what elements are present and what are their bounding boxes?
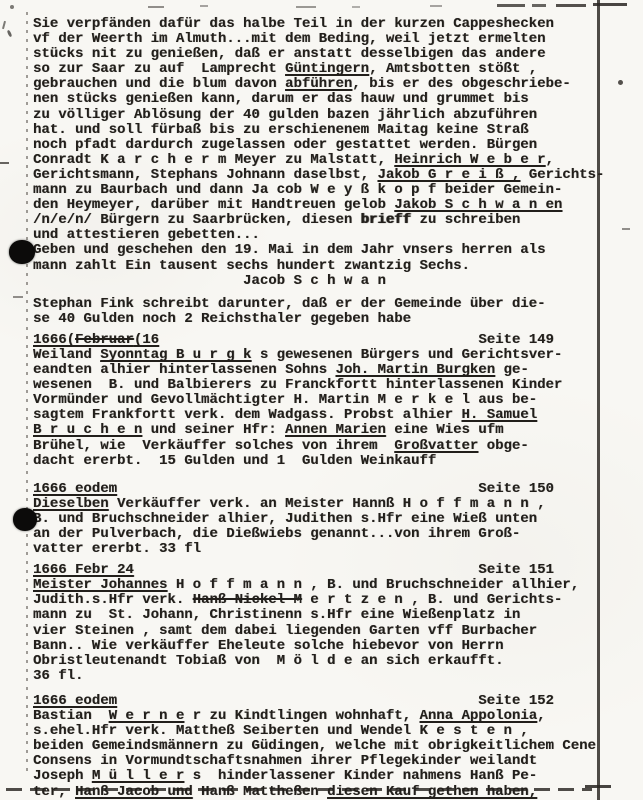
hole-punch-mark xyxy=(13,508,37,531)
text-segment-marked: W e r n e xyxy=(109,708,185,724)
text-run: , bis er des obgeschriebe- xyxy=(352,76,570,92)
text-run: gebrauchen und die blum davon xyxy=(33,76,285,92)
text-line: Obristleutenandt Tobiaß von M ö l d e an… xyxy=(33,654,643,669)
scan-artifact-mark xyxy=(497,4,525,7)
text-line: ter, Hanß Jacob und Hanß Mattheßen diese… xyxy=(33,785,643,800)
text-run: Bastian xyxy=(33,708,109,724)
text-run: , xyxy=(546,152,554,168)
text-run: obge- xyxy=(478,438,528,454)
text-line: Joseph M ü l l e r s hinderlassener Kind… xyxy=(33,769,643,784)
text-run: Consens in Vormundtschaftsnahmen ihrer P… xyxy=(33,753,537,769)
text-run: Verkäuffer verk. an Meister Hannß H o f … xyxy=(109,496,546,512)
text-run: sagtem Frankfortt verk. dem Wadgass. Pro… xyxy=(33,407,461,423)
text-segment-marked: 1666 eodem xyxy=(33,481,117,497)
text-line: den Heymeyer, darüber mit Handtreuen gel… xyxy=(33,198,643,213)
text-line: Bann.. Wie verkäuffer Eheleute solche hi… xyxy=(33,639,643,654)
text-run: Seite 151 xyxy=(478,562,554,578)
text-segment-marked: Großvatter xyxy=(394,438,478,454)
text-run: Sie verpfänden dafür das halbe Teil in d… xyxy=(33,16,554,32)
entry-heading-seite-150: 1666 eodem Seite 150 xyxy=(33,482,643,497)
text-line: vf der Weerth im Almuth...mit dem Beding… xyxy=(33,32,643,47)
text-segment-marked: Dieselben xyxy=(33,496,109,512)
scan-artifact-mark xyxy=(0,162,9,164)
text-line: hat. und soll fürbaß bis zu erschienenem… xyxy=(33,123,643,138)
text-segment-marked: 1666 eodem xyxy=(33,693,117,709)
text-line: Dieselben Verkäuffer verk. an Meister Ha… xyxy=(33,497,643,512)
scan-artifact-mark xyxy=(556,4,586,7)
text-segment-marked: Jakob G r e i ß , xyxy=(377,167,520,183)
scan-artifact-mark xyxy=(622,228,630,230)
text-segment-marked: abführen xyxy=(285,76,352,92)
text-run: dacht ererbt. 15 Gulden und 1 Gulden Wei… xyxy=(33,453,436,469)
hole-punch-mark xyxy=(9,240,35,264)
text-run: ge- xyxy=(495,362,529,378)
scan-artifact-mark xyxy=(593,3,627,6)
text-run: zu völliger Ablösung der 40 gulden bazen… xyxy=(33,107,537,123)
text-segment-marked: 1666 Febr 24 xyxy=(33,562,134,578)
text-line: 36 fl. xyxy=(33,669,643,684)
text-run: r zu Kindtlingen wohnhaft, xyxy=(184,708,419,724)
text-run: an der Pulverbach, die Dießwiebs genannt… xyxy=(33,526,520,542)
text-line: zu völliger Ablösung der 40 gulden bazen… xyxy=(33,108,643,123)
text-segment-marked: M ü l l e r xyxy=(92,768,184,784)
text-run: s.ehel.Hfr verk. Mattheß Seiberten und W… xyxy=(33,723,529,739)
text-run: Stephan Fink schreibt darunter, daß er d… xyxy=(33,296,545,312)
text-segment-marked: Hanß Jacob und xyxy=(75,784,193,800)
text-run: nen stücks genießen kann, darum er das h… xyxy=(33,91,529,107)
text-line: Stephan Fink schreibt darunter, daß er d… xyxy=(33,297,643,312)
text-line: Weiland Syonntag B u r g k s gewesenen B… xyxy=(33,348,643,363)
text-run: s gewesenen Bürgers und Gerichtsver- xyxy=(251,347,562,363)
text-line: vier Steinen , samt dem dabei liegenden … xyxy=(33,624,643,639)
scan-artifact-mark xyxy=(532,4,546,7)
text-run: hinterlassenen Sohns xyxy=(151,362,336,378)
text-run: eandten xyxy=(33,362,100,378)
text-line: B. und Bruchschneider alhier, Judithen s… xyxy=(33,512,643,527)
text-run: vier Steinen , samt dem dabei liegenden … xyxy=(33,623,537,639)
text-run: , xyxy=(537,708,545,724)
text-segment-marked: Jakob S c h w a n en xyxy=(394,197,562,213)
scan-artifact-mark xyxy=(148,6,164,8)
text-segment-marked: Joh. Martin Burgken xyxy=(335,362,495,378)
text-segment-marked: Güntingern xyxy=(285,61,369,77)
text-run: hat. und soll fürbaß bis zu erschienenem… xyxy=(33,122,529,138)
text-run: Judith.s.Hfr verk. xyxy=(33,592,193,608)
text-run xyxy=(117,481,478,497)
entry-heading-seite-149: 1666(Februar(16 Seite 149 xyxy=(33,333,643,348)
text-run: mann zu St. Johann, Christinenn s.Hfr ei… xyxy=(33,607,520,623)
text-run: Weiland xyxy=(33,347,100,363)
text-run: stücks nit zu genießen, daß er anstatt d… xyxy=(33,46,545,62)
text-run: Joseph xyxy=(33,768,92,784)
text-line: wesenen B. und Balbierers zu Franckfortt… xyxy=(33,378,643,393)
scanned-document-page: Sie verpfänden dafür das halbe Teil in d… xyxy=(0,0,643,800)
text-run: Seite 149 xyxy=(478,332,554,348)
text-run: mann zu Baurbach und dann Ja cob W e y ß… xyxy=(33,182,562,198)
text-line: vatter ererbt. 33 fl xyxy=(33,542,643,557)
scan-artifact-mark xyxy=(10,5,14,9)
text-run: vf der Weerth im Almuth...mit dem Beding… xyxy=(33,31,545,47)
text-segment-marked: Februar xyxy=(75,332,134,348)
scan-artifact-mark xyxy=(13,296,23,298)
text-segment-marked: diesen Kauf gethen haben, xyxy=(327,784,537,800)
text-line: mann zu Baurbach und dann Ja cob W e y ß… xyxy=(33,183,643,198)
text-line: mann zahlt Ein tausent sechs hundert zwa… xyxy=(33,259,643,274)
text-run: , Amtsbotten stößt , xyxy=(369,61,537,77)
text-line: noch pfadt dardurch zugelassen oder gest… xyxy=(33,138,643,153)
text-run: beiden Gemeindsmännern zu Güdingen, welc… xyxy=(33,738,596,754)
text-segment-marked: 1666( xyxy=(33,332,75,348)
text-run: so zur Saar zu auf Lamprecht xyxy=(33,61,285,77)
text-run: Hanß Mattheßen xyxy=(193,784,327,800)
entry-heading-seite-152: 1666 eodem Seite 152 xyxy=(33,694,643,709)
text-run: Gerichts- xyxy=(520,167,604,183)
text-line: Jacob S c h w a n xyxy=(33,274,643,289)
text-segment-marked: Hanß Nickel M xyxy=(193,592,302,608)
text-run: H o f f m a n n , B. und Bruchschneider … xyxy=(167,577,579,593)
text-run: Geben und geschehen den 19. Mai in dem J… xyxy=(33,242,545,258)
text-line: Brühel, wie Verkäuffer solches von ihrem… xyxy=(33,439,643,454)
text-run xyxy=(117,693,478,709)
scan-artifact-mark xyxy=(200,5,208,7)
text-run: Seite 150 xyxy=(478,481,554,497)
scan-artifact-mark xyxy=(618,80,623,85)
text-line: s.ehel.Hfr verk. Mattheß Seiberten und W… xyxy=(33,724,643,739)
text-line: Conradt K a r c h e r m Meyer zu Malstat… xyxy=(33,153,643,168)
text-line: se 40 Gulden noch 2 Reichsthaler gegeben… xyxy=(33,312,643,327)
text-run: se 40 Gulden noch 2 Reichsthaler gegeben… xyxy=(33,311,411,327)
text-run: s hinderlassener Kinder nahmens Hanß Pe- xyxy=(184,768,537,784)
text-run: e r t z e n , B. und Gerichts- xyxy=(302,592,562,608)
text-run: wesenen B. und Balbierers zu Franckfortt… xyxy=(33,377,562,393)
text-line: mann zu St. Johann, Christinenn s.Hfr ei… xyxy=(33,608,643,623)
text-run: Bann.. Wie verkäuffer Eheleute solche hi… xyxy=(33,638,503,654)
text-run: Vormünder und Gevollmächtigter H. Martin… xyxy=(33,392,537,408)
text-run: Gerichtsmann, Stephans Johnann daselbst, xyxy=(33,167,377,183)
right-vertical-rule xyxy=(597,0,600,800)
scan-artifact-mark xyxy=(352,6,360,8)
text-segment-marked: H. Samuel xyxy=(461,407,537,423)
scan-artifact-mark xyxy=(430,5,442,7)
text-segment-marked: brieff xyxy=(361,212,411,228)
text-line: Bastian W e r n e r zu Kindtlingen wohnh… xyxy=(33,709,643,724)
bottom-dashed-rule xyxy=(6,788,592,791)
text-line: an der Pulverbach, die Dießwiebs genannt… xyxy=(33,527,643,542)
text-run: 36 fl. xyxy=(33,668,83,684)
text-segment-marked: Heinrich W e b e r xyxy=(394,152,545,168)
text-line: Geben und geschehen den 19. Mai in dem J… xyxy=(33,243,643,258)
text-run: ter, xyxy=(33,784,75,800)
text-run xyxy=(159,332,478,348)
text-segment-marked: Annen Marien xyxy=(285,422,386,438)
text-run: Jacob S c h w a n xyxy=(33,273,386,289)
text-run: mann zahlt Ein tausent sechs hundert zwa… xyxy=(33,258,470,274)
text-line: Gerichtsmann, Stephans Johnann daselbst,… xyxy=(33,168,643,183)
left-margin-dotted-rule xyxy=(26,12,28,777)
text-run xyxy=(134,562,478,578)
text-run: den Heymeyer, darüber mit Handtreuen gel… xyxy=(33,197,394,213)
text-run: Seite 152 xyxy=(478,693,554,709)
text-run: B. und Bruchschneider alhier, Judithen s… xyxy=(33,511,537,527)
text-line: dacht ererbt. 15 Gulden und 1 Gulden Wei… xyxy=(33,454,643,469)
text-run: eine Wies ufm xyxy=(386,422,504,438)
text-segment-marked: (16 xyxy=(134,332,159,348)
text-segment-marked: Anna Appolonia xyxy=(420,708,538,724)
text-run: und attestieren gebetten... xyxy=(33,227,260,243)
text-line: Sie verpfänden dafür das halbe Teil in d… xyxy=(33,17,643,32)
text-run: Conradt K a r c h e r m Meyer zu Malstat… xyxy=(33,152,394,168)
text-segment-marked: Syonntag B u r g k xyxy=(100,347,251,363)
text-run: noch pfadt dardurch zugelassen oder gest… xyxy=(33,137,537,153)
text-run: Obristleutenandt Tobiaß von M ö l d e an… xyxy=(33,653,503,669)
bottom-right-cross-mark xyxy=(585,785,611,788)
text-run: und seiner Hfr: xyxy=(142,422,285,438)
text-line: B r u c h e n und seiner Hfr: Annen Mari… xyxy=(33,423,643,438)
text-run: Brühel, wie Verkäuffer solches von ihrem xyxy=(33,438,394,454)
text-segment-marked: B r u c h e n xyxy=(33,422,142,438)
text-line: nen stücks genießen kann, darum er das h… xyxy=(33,92,643,107)
text-run: vatter ererbt. 33 fl xyxy=(33,541,201,557)
text-segment-marked: alhier xyxy=(100,362,150,378)
typewritten-page: Sie verpfänden dafür das halbe Teil in d… xyxy=(0,17,643,800)
text-run: zu schreiben xyxy=(411,212,520,228)
text-segment-marked: Meister Johannes xyxy=(33,577,167,593)
text-line: eandten alhier hinterlassenen Sohns Joh.… xyxy=(33,363,643,378)
text-run: /n/e/n/ Bürgern zu Saarbrücken, diesen xyxy=(33,212,361,228)
scan-artifact-mark xyxy=(296,6,316,8)
